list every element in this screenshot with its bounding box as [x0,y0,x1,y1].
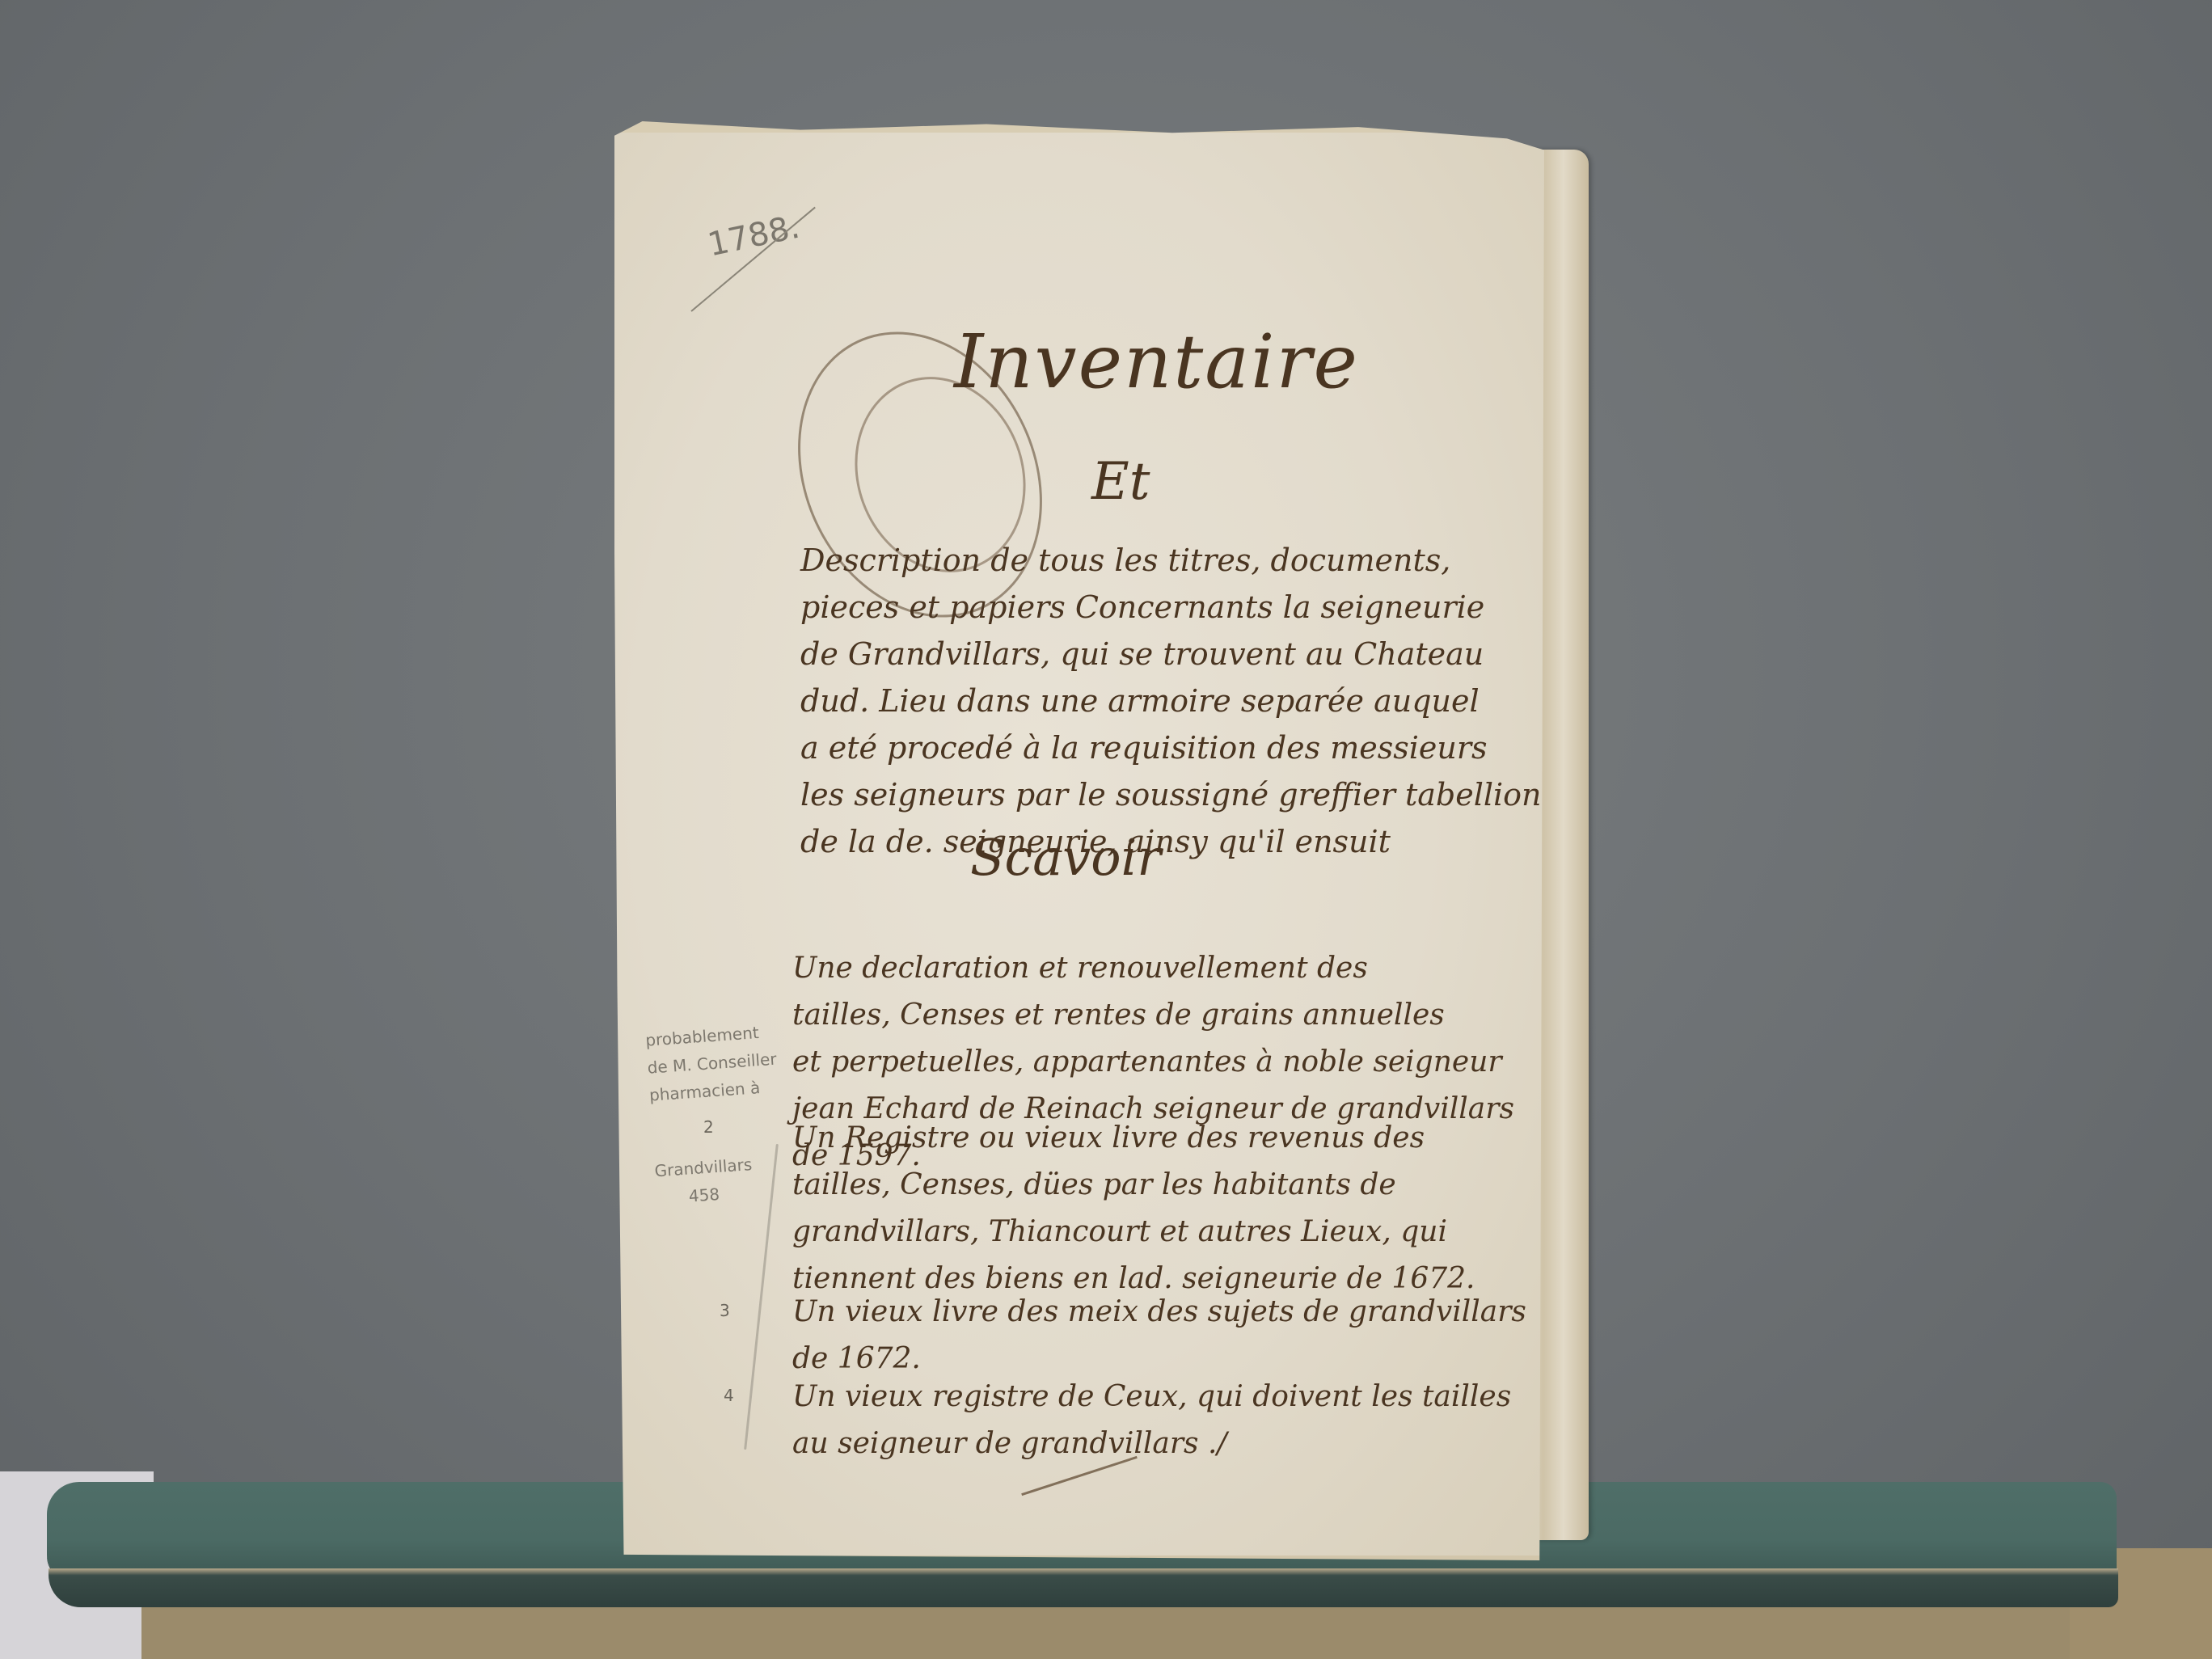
item-number: 2 [703,1117,714,1137]
green-board-edge [49,1568,2118,1607]
description-line: a eté procedé à la requisition des messi… [800,724,1512,771]
item-line: Un Registre ou vieux livre des revenus d… [792,1115,1504,1162]
item-line: tailles, Censes et rentes de grains annu… [792,992,1504,1039]
item-line: grandvillars, Thiancourt et autres Lieux… [792,1209,1504,1256]
item-line: Un vieux registre de Ceux, qui doivent l… [792,1374,1504,1420]
pencil-margin-note: probablement de M. Conseiller pharmacien… [644,1018,787,1213]
description-line: Description de tous les titres, document… [800,537,1512,584]
inventory-item: Un vieux livre des meix des sujets de gr… [792,1289,1504,1382]
year-annotation: 1788. [704,209,803,264]
item-line: et perpetuelles, appartenantes à noble s… [792,1039,1504,1086]
section-heading: Scavoir [970,828,1161,887]
item-number: 3 [720,1301,730,1320]
description-line: dud. Lieu dans une armoire separée auque… [800,678,1512,724]
inventory-item: Un Registre ou vieux livre des revenus d… [792,1115,1504,1302]
item-line: au seigneur de grandvillars ./ [792,1420,1504,1467]
inventory-item: Un vieux registre de Ceux, qui doivent l… [792,1374,1504,1467]
manuscript-page: 1788. Inventaire Et Description de tous … [614,121,1544,1560]
item-line: Une declaration et renouvellement des [792,945,1504,992]
description-paragraph: Description de tous les titres, document… [800,537,1512,865]
description-line: les seigneurs par le soussigné greffier … [800,771,1512,818]
document-title: Inventaire [954,319,1359,405]
item-line: tailles, Censes, dües par les habitants … [792,1162,1504,1209]
item-number: 4 [724,1386,734,1405]
description-line: de Grandvillars, qui se trouvent au Chat… [800,631,1512,678]
item-line: Un vieux livre des meix des sujets de gr… [792,1289,1504,1336]
description-line: pieces et papiers Concernants la seigneu… [800,584,1512,631]
title-conjunction: Et [1091,452,1150,512]
